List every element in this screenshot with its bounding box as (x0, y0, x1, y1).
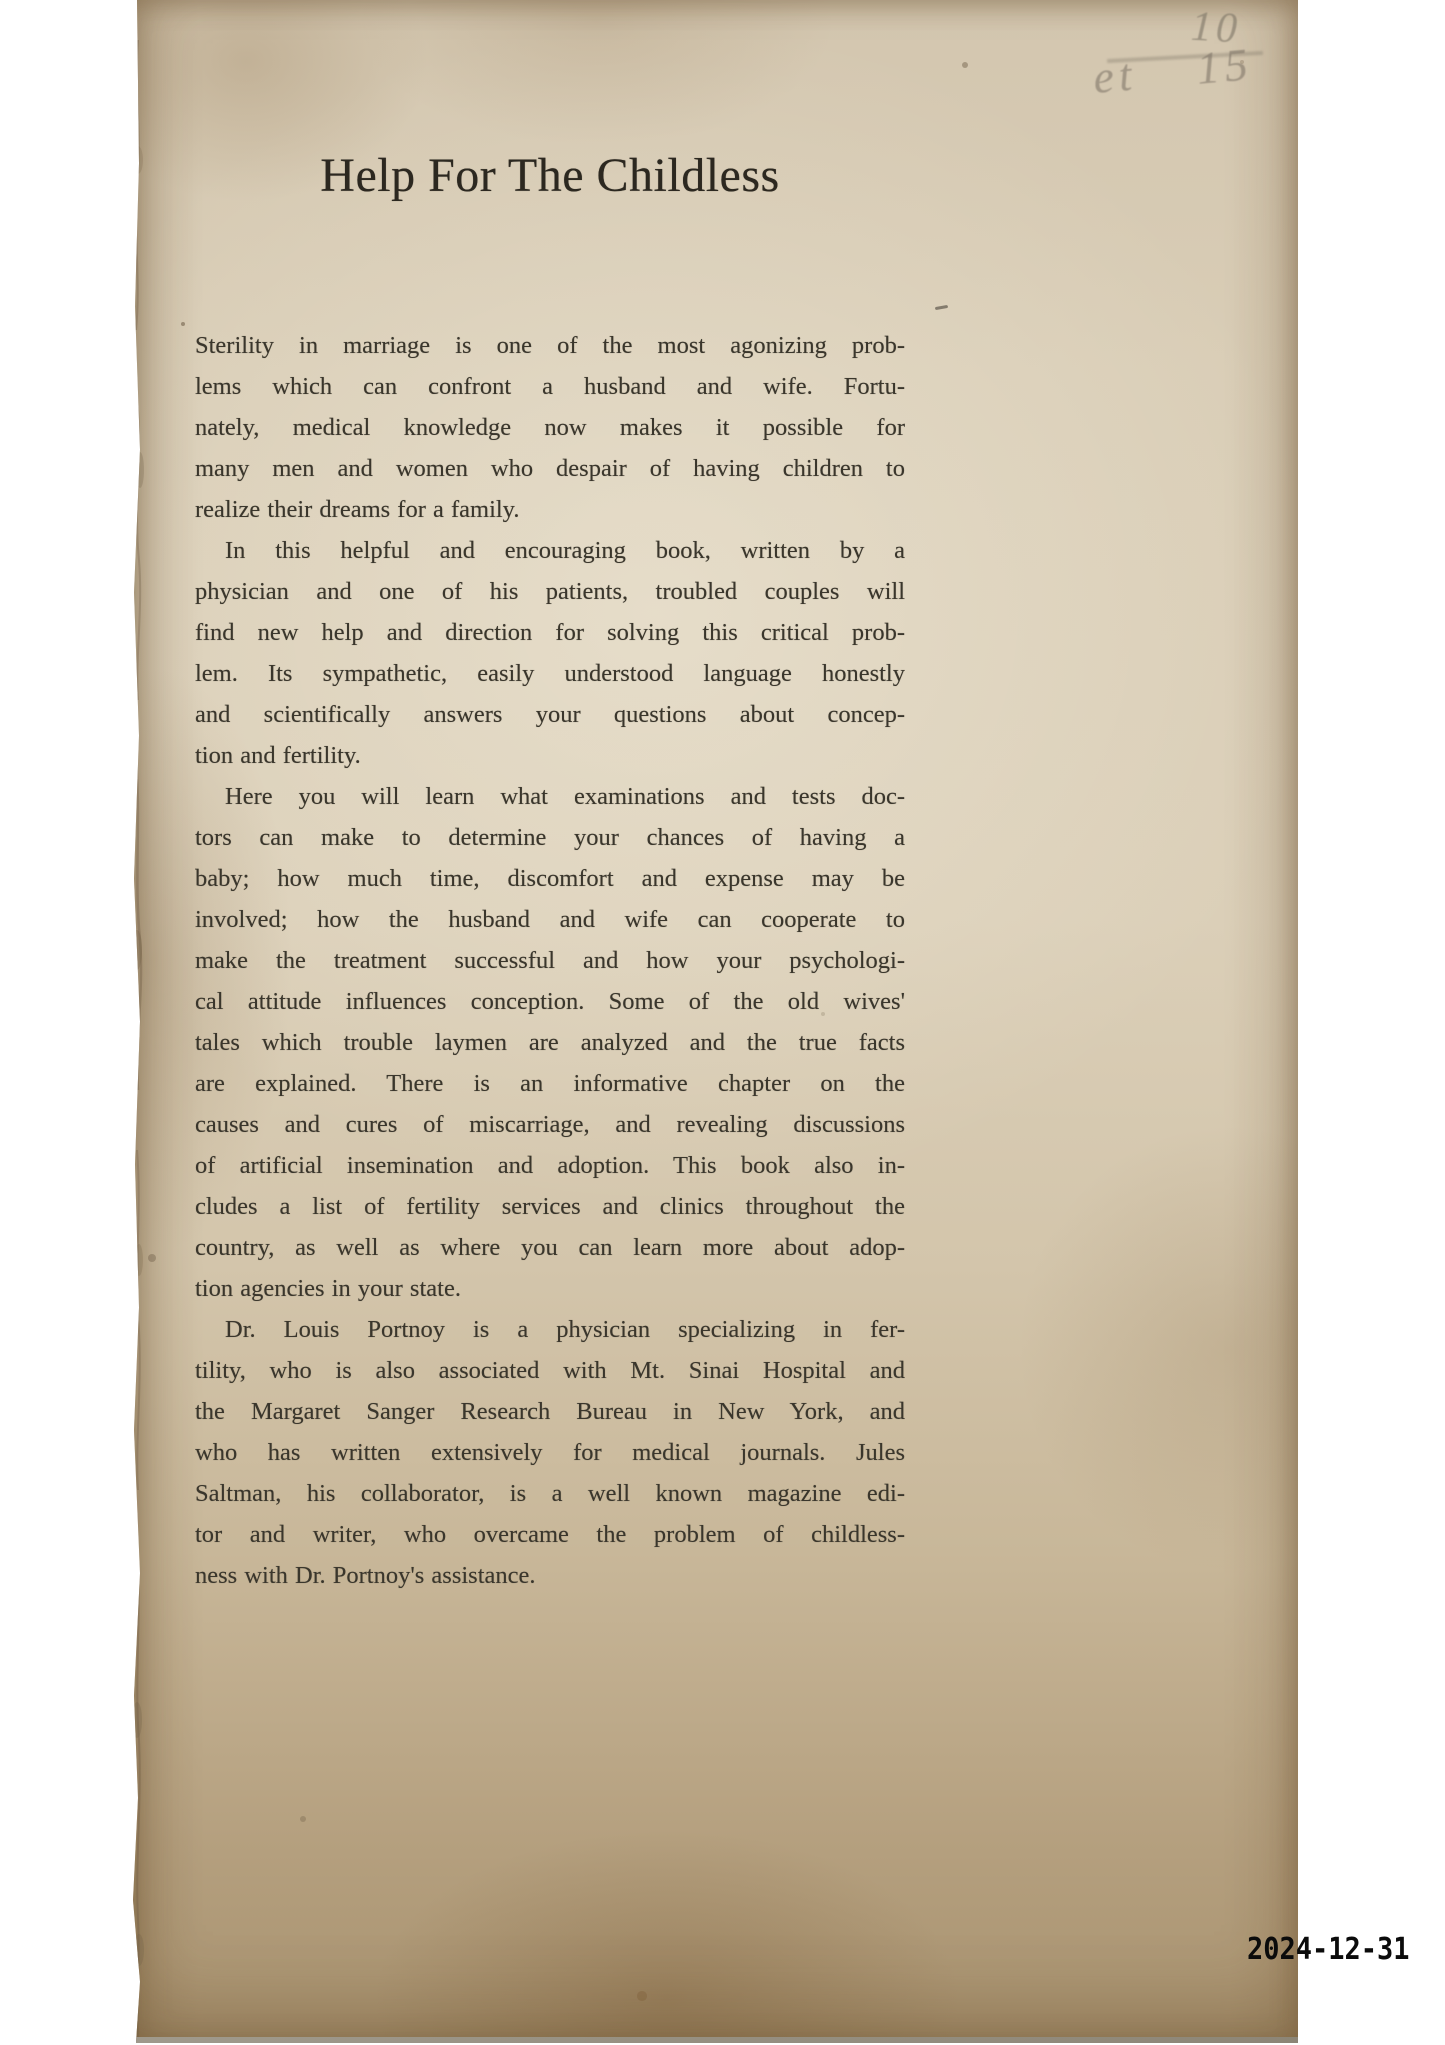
text-line: physician and one of his patients, troub… (195, 571, 905, 612)
text-line: realize their dreams for a family. (195, 489, 905, 530)
text-line: and scientifically answers your question… (195, 694, 905, 735)
age-spots (181, 322, 185, 326)
text-line: cludes a list of fertility services and … (195, 1186, 905, 1227)
text-line: of artificial insemination and adoption.… (195, 1145, 905, 1186)
text-line: Here you will learn what examinations an… (195, 776, 905, 817)
text-line: causes and cures of miscarriage, and rev… (195, 1104, 905, 1145)
text-line: lems which can confront a husband and wi… (195, 366, 905, 407)
text-line: are explained. There is an informative c… (195, 1063, 905, 1104)
stray-mark (935, 305, 948, 310)
paragraph: In this helpful and encouraging book, wr… (195, 530, 905, 776)
paragraph: Dr. Louis Portnoy is a physician special… (195, 1309, 905, 1596)
text-line: In this helpful and encouraging book, wr… (195, 530, 905, 571)
text-line: many men and women who despair of having… (195, 448, 905, 489)
text-line: who has written extensively for medical … (195, 1432, 905, 1473)
text-line: tor and writer, who overcame the problem… (195, 1514, 905, 1555)
text-line: tors can make to determine your chances … (195, 817, 905, 858)
text-line: Sterility in marriage is one of the most… (195, 325, 905, 366)
text-line: tility, who is also associated with Mt. … (195, 1350, 905, 1391)
handwritten-note: et 15 (1091, 37, 1255, 104)
text-line: Dr. Louis Portnoy is a physician special… (195, 1309, 905, 1350)
text-line: involved; how the husband and wife can c… (195, 899, 905, 940)
screenshot-canvas: 10 et 15 Help For The Childless Sterilit… (0, 0, 1445, 2045)
text-line: lem. Its sympathetic, easily understood … (195, 653, 905, 694)
photo-bottom-edge (129, 2037, 1298, 2043)
text-line: tion and fertility. (195, 735, 905, 776)
text-line: ness with Dr. Portnoy's assistance. (195, 1555, 905, 1596)
paragraph: Sterility in marriage is one of the most… (195, 325, 905, 530)
text-line: tion agencies in your state. (195, 1268, 905, 1309)
text-line: nately, medical knowledge now makes it p… (195, 407, 905, 448)
text-line: baby; how much time, discomfort and expe… (195, 858, 905, 899)
page-body: Sterility in marriage is one of the most… (195, 325, 905, 1596)
text-line: the Margaret Sanger Research Bureau in N… (195, 1391, 905, 1432)
text-line: make the treatment successful and how yo… (195, 940, 905, 981)
book-page-photo: 10 et 15 Help For The Childless Sterilit… (129, 0, 1298, 2043)
date-stamp: 2024-12-31 (1247, 1932, 1410, 1967)
text-line: cal attitude influences conception. Some… (195, 981, 905, 1022)
text-line: country, as well as where you can learn … (195, 1227, 905, 1268)
text-line: tales which trouble laymen are analyzed … (195, 1022, 905, 1063)
text-line: find new help and direction for solving … (195, 612, 905, 653)
page-title: Help For The Childless (195, 148, 905, 203)
paragraph: Here you will learn what examinations an… (195, 776, 905, 1309)
torn-edge-texture (129, 0, 155, 2043)
text-line: Saltman, his collaborator, is a well kno… (195, 1473, 905, 1514)
